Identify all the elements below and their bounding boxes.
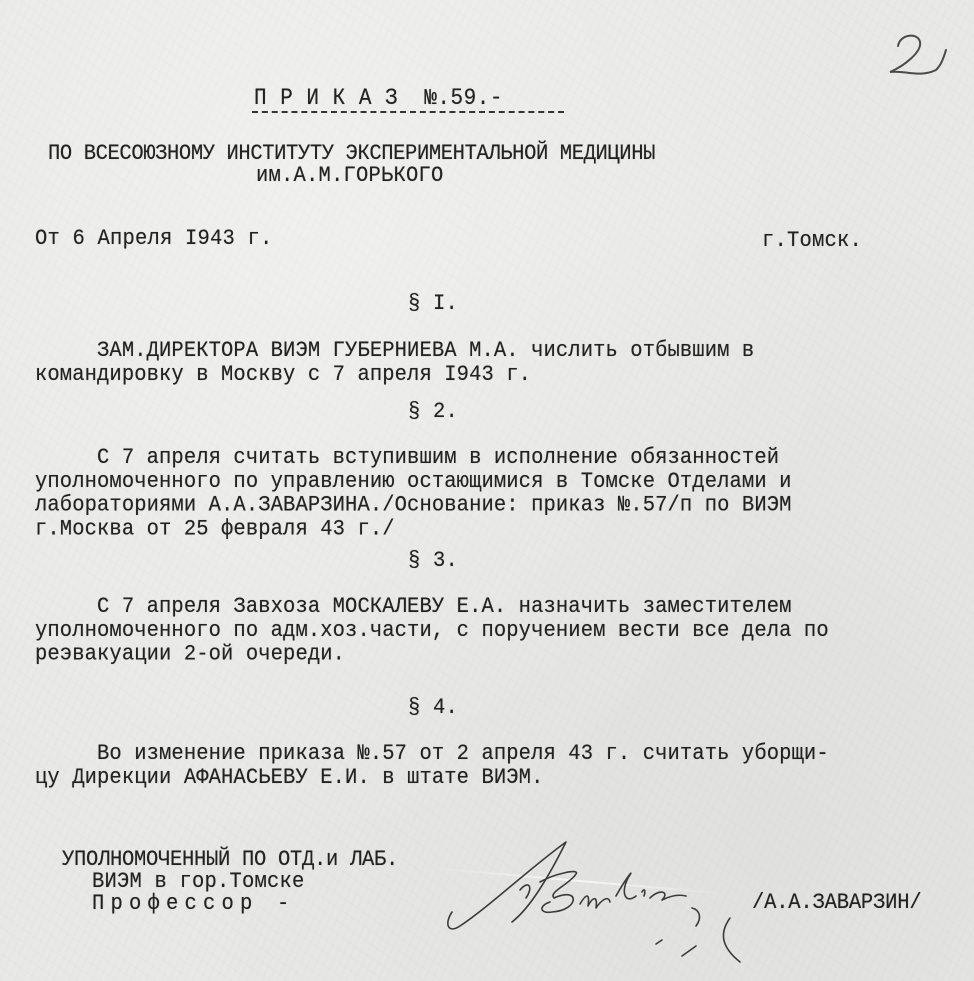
section-text-1: ЗАМ.ДИРЕКТОРА ВИЭМ ГУБЕРНИЕВА М.А. числи… — [35, 340, 754, 388]
section-heading-2: § 2. — [408, 401, 458, 425]
handwritten-page-number — [880, 26, 950, 86]
section-text-3: С 7 апреля Завхоза МОСКАЛЕВУ Е.А. назнач… — [35, 596, 829, 667]
document-title: П Р И К А З №.59.- — [254, 88, 503, 112]
signatory-rank: Профессор - — [92, 893, 296, 917]
section-heading-1: § I. — [408, 293, 458, 317]
handwritten-signature — [430, 838, 750, 981]
institution-dedication: им.А.М.ГОРЬКОГО — [256, 165, 444, 189]
signatory-name: /А.А.ЗАВАРЗИН/ — [752, 892, 921, 916]
section-heading-4: § 4. — [408, 697, 458, 721]
section-heading-3: § 3. — [408, 550, 458, 574]
document-date: От 6 Апреля I943 г. — [35, 228, 273, 252]
document-page: П Р И К А З №.59.- ПО ВСЕСОЮЗНОМУ ИНСТИТ… — [0, 0, 974, 981]
section-text-2: С 7 апреля считать вступившим в исполнен… — [35, 447, 792, 542]
document-city: г.Томск. — [762, 230, 862, 254]
section-text-4: Во изменение приказа №.57 от 2 апреля 43… — [35, 743, 829, 791]
title-underline — [252, 111, 564, 113]
